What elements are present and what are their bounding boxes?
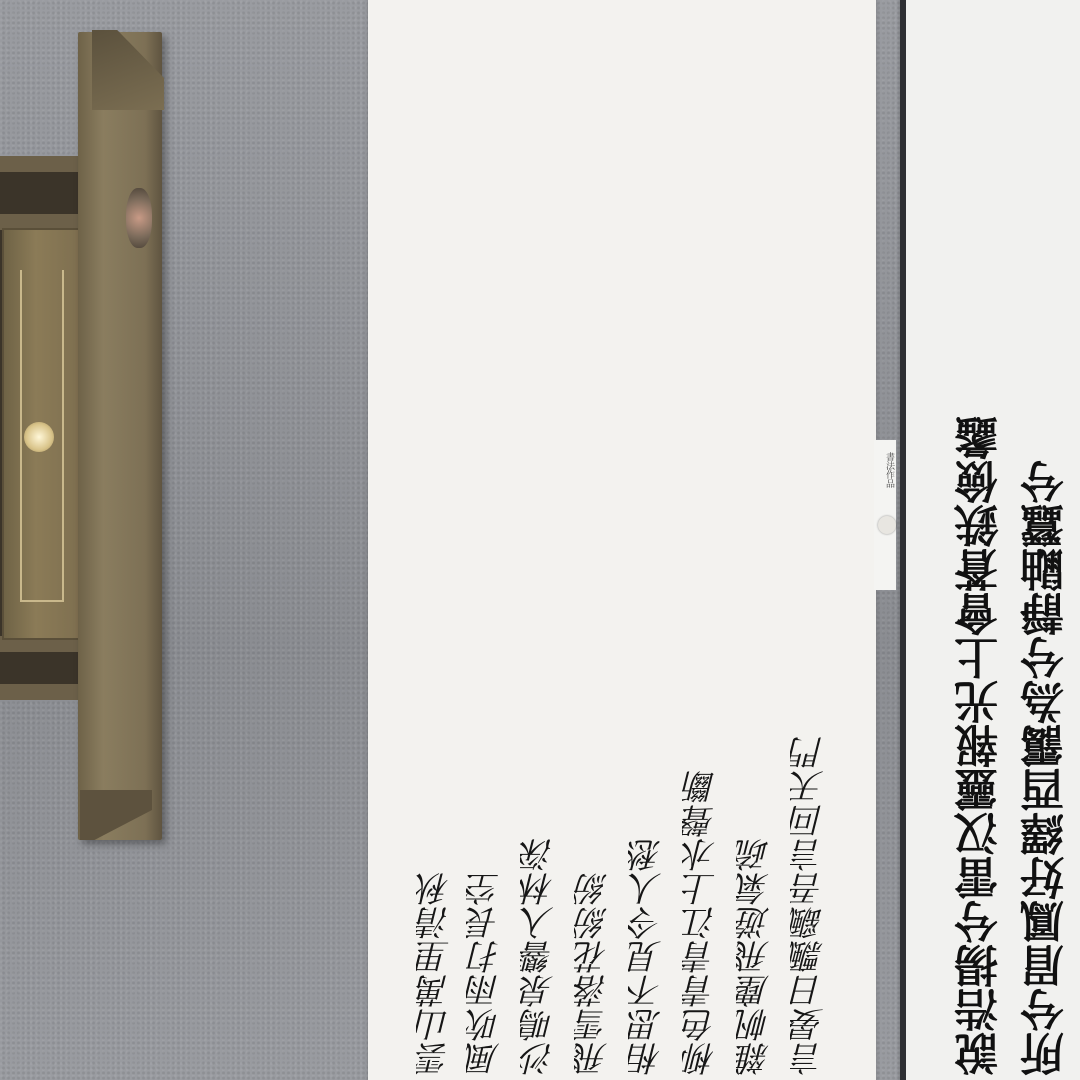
calligraphy-column: 雲山萬里清秋 (404, 16, 468, 1076)
scroll-border (900, 0, 906, 1080)
main-calligraphy-scroll: 言晏日飄颻吾言回天門 雜帆塵飛遊氣疏 柳色青青江上水聲斷 相思不見令人愁 飛雪落… (368, 0, 876, 1080)
medallion-ornament-icon (126, 188, 152, 248)
seal-script-column: 說浩揚兮雷汉靈報光上會蒼鉄儉蠡 (946, 0, 1016, 1076)
seal-script-column: 所兮眉鳳好繹酉靄為兮靜鼬蠶兮 (1012, 0, 1080, 1076)
cabinet-shelf (0, 156, 84, 172)
seal-script-scroll: 所兮眉鳳好繹酉靄為兮靜鼬蠶兮 說浩揚兮雷汉靈報光上會蒼鉄儉蠡 (900, 0, 1080, 1080)
cabinet-side-panel (78, 32, 162, 840)
label-slip: 書法作品 (874, 440, 896, 590)
door-knob-icon (24, 422, 54, 452)
pushpin-icon (878, 516, 896, 534)
cabinet-shelf (0, 684, 84, 700)
cabinet-door (2, 228, 86, 640)
